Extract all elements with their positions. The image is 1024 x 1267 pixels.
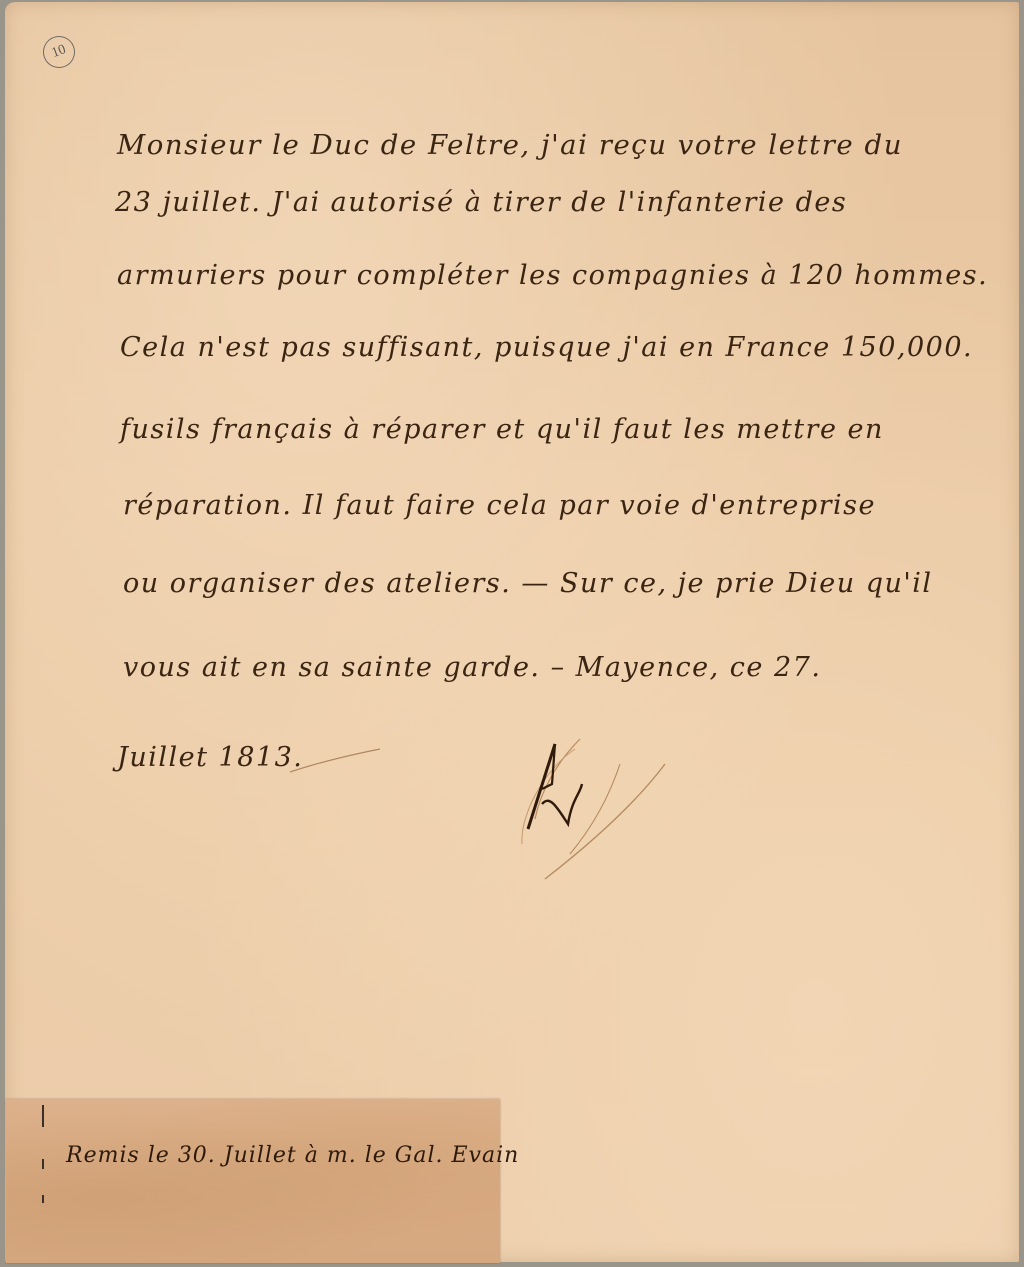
letter-sheet: 10 Monsieur le Duc de Feltre, j'ai reçu … bbox=[5, 2, 1019, 1262]
pin-mark-top bbox=[42, 1105, 44, 1127]
pin-mark-bottom bbox=[42, 1195, 44, 1203]
letter-line-1: Monsieur le Duc de Feltre, j'ai reçu vot… bbox=[117, 130, 903, 161]
folio-number-text: 10 bbox=[50, 42, 69, 62]
letter-line-4: Cela n'est pas suffisant, puisque j'ai e… bbox=[120, 332, 973, 363]
document-scan: 10 Monsieur le Duc de Feltre, j'ai reçu … bbox=[0, 0, 1024, 1267]
letter-line-8: vous ait en sa sainte garde. – Mayence, … bbox=[123, 652, 821, 683]
letter-line-6: réparation. Il faut faire cela par voie … bbox=[123, 490, 876, 521]
folio-number: 10 bbox=[38, 31, 79, 72]
letter-line-9: Juillet 1813. bbox=[117, 742, 303, 773]
letter-line-7: ou organiser des ateliers. — Sur ce, je … bbox=[123, 568, 933, 599]
slip-note-text: Remis le 30. Juillet à m. le Gal. Evain bbox=[66, 1143, 519, 1168]
pin-mark-middle bbox=[42, 1159, 44, 1169]
letter-line-5: fusils français à réparer et qu'il faut … bbox=[120, 414, 884, 445]
date-flourish bbox=[285, 747, 385, 777]
annotation-slip: Remis le 30. Juillet à m. le Gal. Evain bbox=[6, 1099, 500, 1263]
signature-n bbox=[500, 724, 680, 884]
letter-line-2: 23 juillet. J'ai autorisé à tirer de l'i… bbox=[115, 187, 847, 218]
letter-line-3: armuriers pour compléter les compagnies … bbox=[117, 260, 988, 291]
